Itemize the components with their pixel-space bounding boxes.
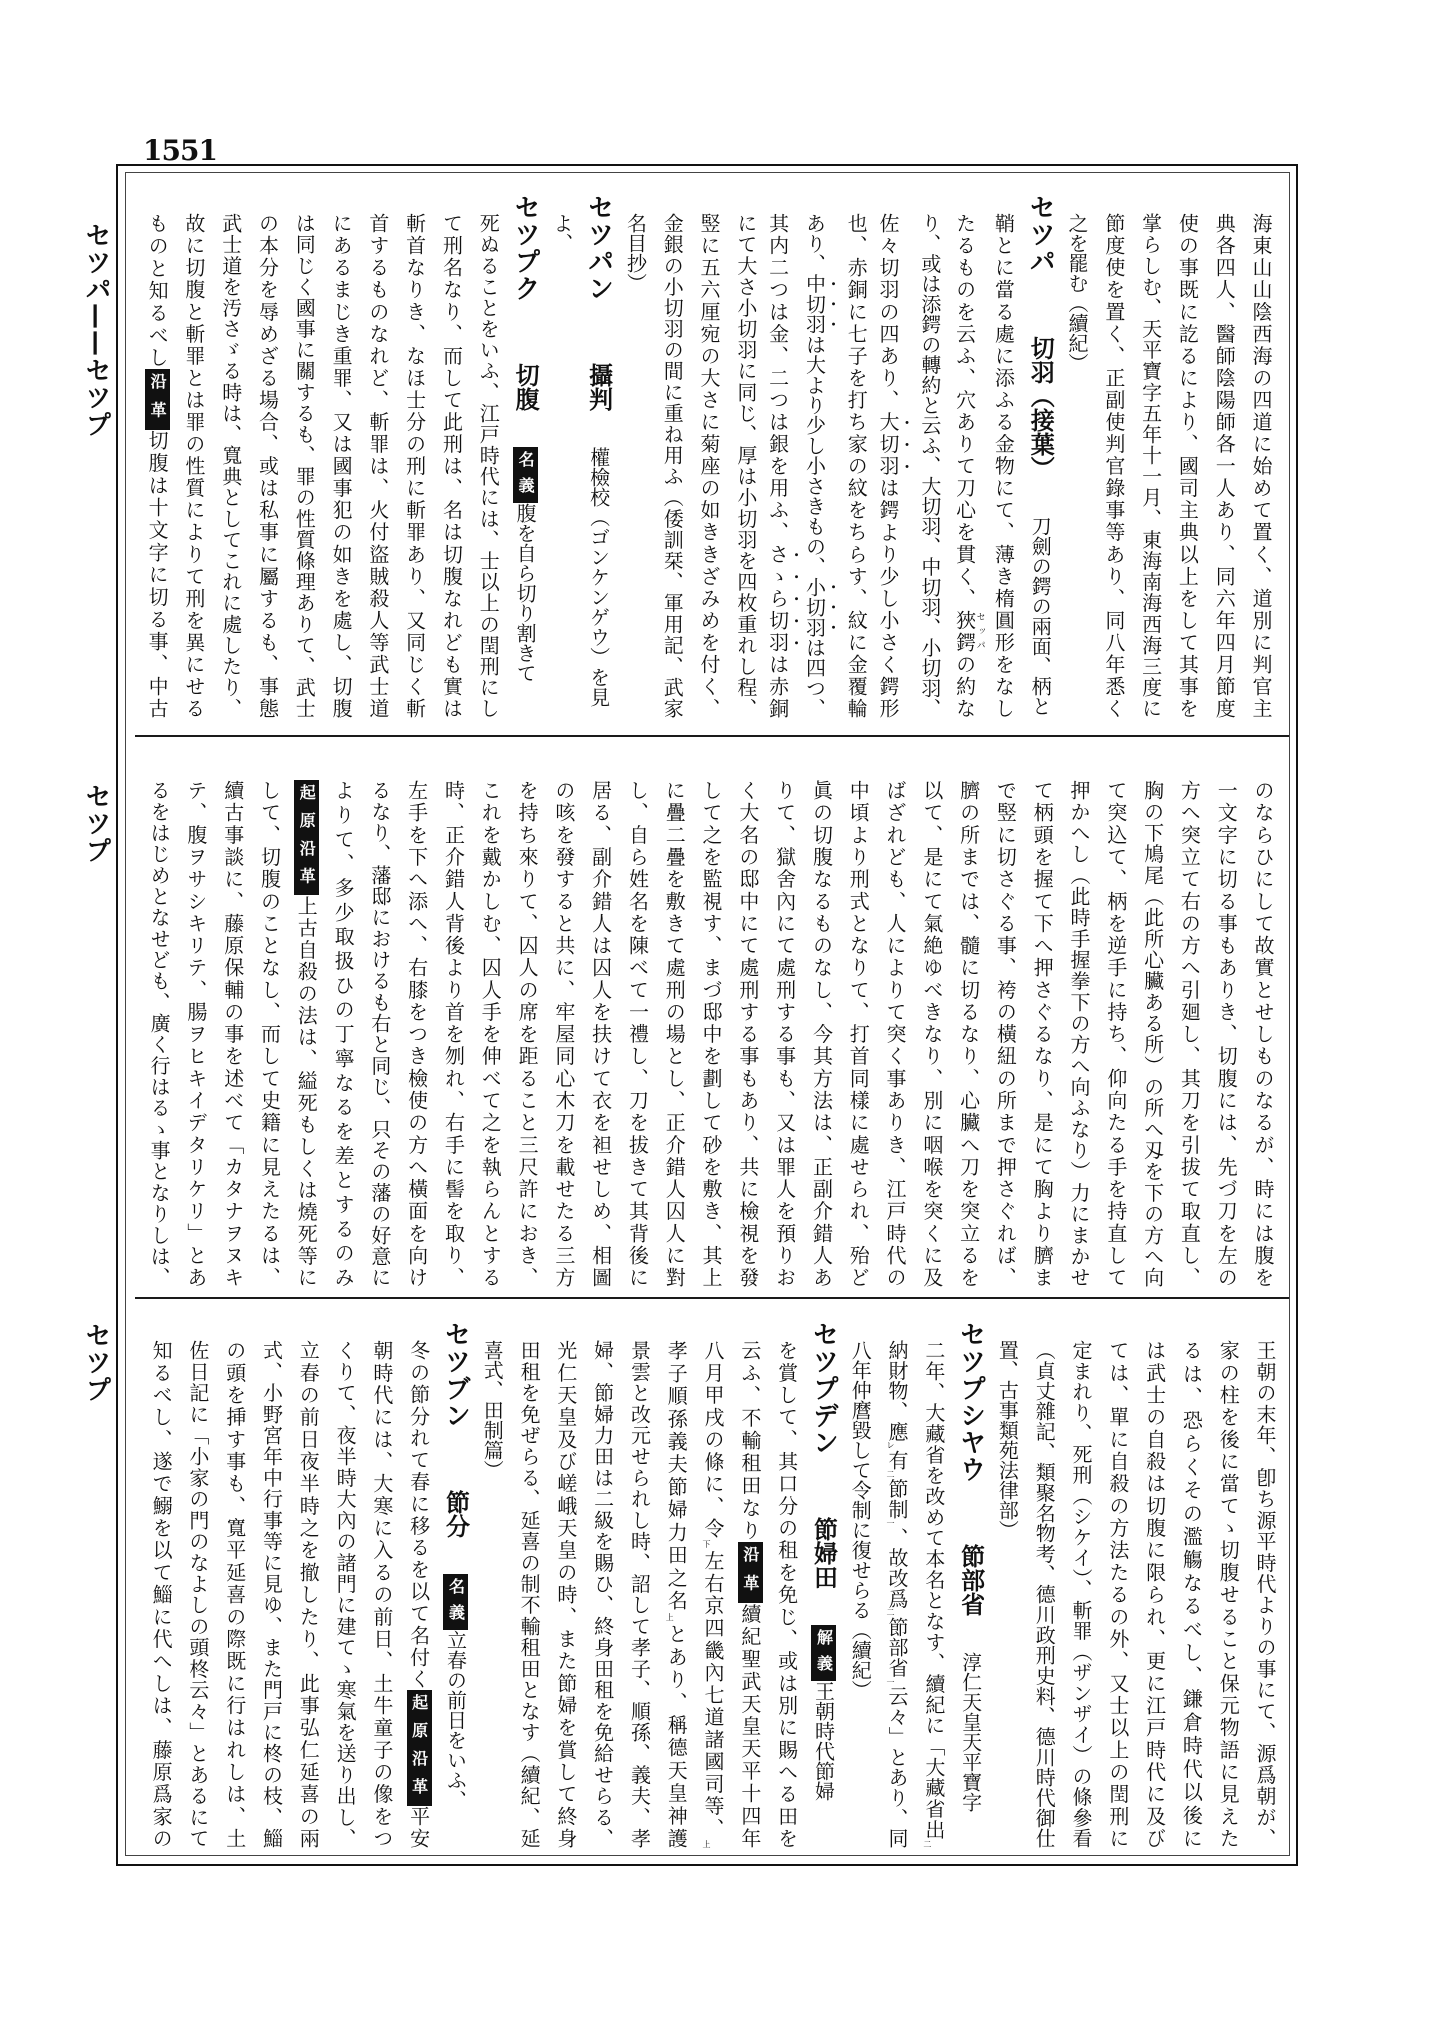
text-column: を持ち來りて、囚人の席を距ること三尺許におき、 [508,780,545,1287]
text-column: 中頃より刑式となりて、打首同樣に處せられ、殆ど [839,780,876,1287]
text-column: 鞘とに當る處に添ふる金物にて、薄き楕圓形をなし [985,213,1022,718]
text-column: ものと知るべし沿革切腹は十文字に切る事、中古 [138,213,175,718]
entry-term: 節分 [441,1490,470,1538]
text-segment: たるものを云ふ、穴ありて刀心を貫く、 [953,213,977,610]
text-segment: 、故改爲 [885,1527,909,1608]
emphasis-dots: 大切羽 [876,411,900,477]
text-column: 斬首なりき、なほ士分の刑に斬罪あり、又同じく斬 [396,213,433,718]
text-column: 左手を下へ添へ、右膝をつき檢使の方へ橫面を向け [398,780,435,1287]
emphasis-dots: さゝら切羽 [766,544,790,654]
text-column: 故に切腹と斬罪とは罪の性質によりて刑を異にせる [175,213,212,718]
text-column: 八月甲戌の條に、令下左右京四畿內七道諸國司等、上 [694,1340,731,1848]
entry-headword: セツパン [584,194,614,302]
text-column: 知るべし、遂で鰯を以て鯔に代へしは、藤原爲家の [142,1340,179,1848]
text-column: 一文字に切る事もありき、切腹には、先づ刀を左の [1207,780,1244,1287]
entry-band-middle: のならひにして故實とせしものなるが、時には腹を 一文字に切る事もありき、切腹には… [140,780,1281,1287]
text-column: の咳を發すると共に、牢屋同心木刀を載せたる三方 [545,780,582,1287]
text-column: 典各四人、醫師陰陽師各一人あり、同六年四月節度 [1205,213,1242,718]
text-column: 海東山山陰西海の四道に始めて置く、道別に判官主 [1242,213,1279,718]
text-column: 竪に五六厘宛の大さに菊座の如ききざみめを付く、 [690,213,727,718]
text-column: り、或は添鍔の轉約と云ふ、大切羽、中切羽、小切羽、 [911,213,948,718]
text-column: 家の柱を後に當てゝ切腹せること保元物語に見えた [1209,1340,1246,1848]
entry-heading-column: セツプク切腹名義腹を自ら切り割きて [506,194,543,718]
text-column: し、自ら姓名を陳べて一禮し、刀を拔きて其背後に [619,780,656,1287]
text-segment: 佐々切羽の四あり、 [876,213,900,411]
text-segment: 納財物、應 [885,1340,909,1441]
text-segment: とあり、稱德天皇神護 [664,1623,688,1848]
entry-heading-column: セツパ切羽（接葉）刀劍の鍔の兩面、柄と [1021,194,1058,718]
text-column: 以て、是にて氣絶ゆべきなり、別に咽喉を突くに及 [913,780,950,1287]
section-label-badge: 沿革 [738,1542,763,1603]
kaeriten-mark: レ [886,1441,895,1449]
kaeriten-mark: 下 [702,1540,711,1550]
text-column: して、切腹のことなし、而して史籍に見えたるは、 [251,780,288,1287]
entry-text: 腹を自ら切り割きて [513,503,537,683]
entry-term: 節部省 [957,1544,986,1616]
text-column: 眞の切腹なるものなし、今其方法は、正副介錯人あ [803,780,840,1287]
text-segment: 云々」とあり、同 [885,1686,909,1848]
text-column: 之を罷む（續紀） [1058,213,1095,718]
text-column: りて、獄舍內にて處刑する事も、又は罪人を預りお [766,780,803,1287]
text-column: て突込て、柄を逆手に持ち、仰向たる手を持直して [1097,780,1134,1287]
entry-band-top: 海東山山陰西海の四道に始めて置く、道別に判官主 典各四人、醫師陰陽師各一人あり、… [138,213,1279,718]
running-head-label: セツプ [80,783,112,864]
entry-term: 切羽（接葉） [1026,336,1055,480]
entry-heading-column: セツプシヤウ節部省淳仁天皇天平寶字 [952,1321,989,1848]
text-column: くりて、夜半時大內の諸門に建てゝ寒氣を送り出し、 [326,1340,363,1848]
text-column: 云ふ、不輸租田なり沿革續紀聖武天皇天平十四年 [731,1340,768,1848]
text-segment: あり、 [802,213,826,274]
text-column: 佐日記に「小家の門のなよしの頭柊云々」とあるにて [179,1340,216,1848]
text-column: 起原沿革上古自殺の法は、縊死もしくは燒死等に [287,780,324,1287]
running-head-label: セツパ——セツプ [80,222,112,438]
text-column: 喜式、田制篇） [473,1340,510,1848]
text-column: の本分を辱めざる場合、或は私事に屬するも、事態 [249,213,286,718]
text-column: 佐々切羽の四あり、大切羽は鍔より少し小さく鍔形 [874,213,911,718]
text-segment: 冬の節分れて春に移るを以て名付く [407,1340,431,1690]
text-segment: は赤銅 [766,654,790,718]
text-segment: 上古自殺の法は、縊死もしくは燒死等に [294,895,318,1287]
ruby-base: 狹鍔 [953,610,977,654]
text-column: 時、正介錯人背後より首を刎れ、右手に髻を取り、 [435,780,472,1287]
entry-text: 淳仁天皇天平寶字 [959,1652,983,1812]
entry-term: 節婦田 [809,1517,838,1589]
text-column: 王朝の末年、卽ち源平時代よりの事にて、源爲朝が、 [1246,1340,1283,1848]
text-column: たるものを云ふ、穴ありて刀心を貫く、狹鍔セッパの約な [948,213,985,718]
text-column: 死ぬることをいふ、江戸時代には、士以上の閏刑にし [469,213,506,718]
ruby-reading: セッパ [975,610,985,652]
text-segment: の約な [953,654,977,718]
entry-headword: セツブン [440,1321,470,1429]
text-column: テ、腹ヲサシキリテ、腸ヲヒキイデタリケリ」とあ [177,780,214,1287]
text-column: の頭を挿す事も、寬平延喜の際既に行はれしは、土 [216,1340,253,1848]
text-column: 立春の前日夜半時之を撤したり、此事弘仁延喜の兩 [289,1340,326,1848]
kaeriten-mark: 二 [923,1840,932,1848]
text-column: 首するものなれど、斬罪は、火付盜賊殺人等武士道 [359,213,396,718]
text-segment: 孝子順孫義夫節婦力田之名 [664,1340,688,1613]
text-column: は武士の自殺は切腹に限られ、更に江戸時代に及び [1136,1340,1173,1848]
emphasis-dots: 中切羽 [802,274,826,335]
text-column: （貞丈雜記、類聚名物考、德川政刑史料、德川時代御仕 [1025,1340,1062,1848]
text-column: 金銀の小切羽の間に重ね用ふ（倭訓栞、軍用記、武家 [653,213,690,718]
text-segment: 左右京四畿內七道諸國司等、 [701,1551,725,1840]
text-column: 掌らしむ、天平寶字五年十一月、東海南海西海三度に [1132,213,1169,718]
text-column: く大名の邸中にて處刑する事もあり、共に檢視を發 [729,780,766,1287]
text-segment: 平安 [407,1806,431,1848]
entry-heading-column: セツパン攝判權檢校（ゴンケンゲウ）を見 [580,194,617,718]
section-label-badge: 解義 [811,1625,836,1681]
text-column: 八年仲麿毀して令制に復せらる（續紀） [841,1340,878,1848]
text-column: よりて、多少取扱ひの丁寧なるを差とするのみ [324,780,361,1287]
text-column: 方へ突立て右の方へ引廻し、其刀を引拔て取直し、 [1171,780,1208,1287]
kaeriten-mark: 二 [886,1608,895,1616]
text-column: 使の事既に訖るにより、國司主典以上をして其事を [1169,213,1206,718]
text-segment: は大より少し小さきもの、 [802,334,826,577]
text-segment: 節制 [885,1478,909,1519]
text-segment: 有 [885,1450,909,1470]
text-column: あり、中切羽は大より少し小さきもの、小切羽は四つ、 [801,213,838,718]
text-column: 押かへし（此時手握拳下の方へ向ふなり）力にまかせ [1060,780,1097,1287]
text-segment: 節部省 [885,1617,909,1678]
text-column: て柄頭を握て下へ押さぐるなり、是にて胸より臍ま [1023,780,1060,1287]
entry-heading-column: セツプデン節婦田解義王朝時代節婦 [805,1321,842,1848]
text-column: 名目抄） [617,213,654,718]
text-column: で竪に切さぐる事、袴の橫紐の所まで押さぐれば、 [987,780,1024,1287]
text-column: 田租を免ぜらる、延喜の制不輸租田となす（續紀、延 [510,1340,547,1848]
page-number: 1551 [143,136,217,166]
text-column: 置、古事類苑法律部） [989,1340,1026,1848]
entry-text: 王朝時代節婦 [811,1681,835,1801]
text-column: るをはじめとなせども、廣く行はるゝ事となりしは、 [140,780,177,1287]
text-column: を賞して、其口分の租を免じ、或は別に賜へる田を [768,1340,805,1848]
section-label-badge: 名義 [513,447,538,503]
text-column: 婦、節婦力田は二級を賜ひ、終身田租を免給せらる、 [584,1340,621,1848]
kaeriten-mark: 上 [702,1840,711,1848]
text-column: にあるまじき重罪、又は國事犯の如きを處し、切腹 [322,213,359,718]
text-column: 景雲と改元せられし時、詔して孝子、順孫、義夫、孝 [621,1340,658,1848]
text-column: るは、恐らくその濫觴なるべし、鎌倉時代以後に [1173,1340,1210,1848]
text-column: 定まれり、死刑（シケイ）、斬罪（ザンザイ）の條參看 [1062,1340,1099,1848]
kaeriten-mark: 上 [665,1613,674,1624]
section-label-badge: 名義 [443,1574,468,1630]
text-segment: 二年、大藏省を改めて本名となす、續紀に「大藏省出 [922,1340,946,1840]
text-column: 胸の下鳩尾（此所心臟ある所）の所へ刄を下の方へ向 [1134,780,1171,1287]
entry-headword: セツプシヤウ [956,1321,986,1483]
entry-heading-column: セツブン節分名義立春の前日をいふ、 [437,1321,474,1848]
entry-term: 切腹 [511,363,540,411]
text-segment: 云ふ、不輸租田なり [738,1340,762,1542]
entry-term: 攝判 [585,363,614,411]
text-segment: ものと知るべし [145,213,169,369]
text-column: 孝子順孫義夫節婦力田之名上とあり、稱德天皇神護 [657,1340,694,1848]
text-column: て刑名なり、而して此刑は、名は切腹なれども實は [433,213,470,718]
text-column: 冬の節分れて春に移るを以て名付く起原沿革平安 [400,1340,437,1848]
text-segment: 其内二つは金、二つは銀を用ふ、 [766,213,790,544]
kaeriten-mark: 一 [886,1519,895,1527]
text-column: 續古事談に、藤原保輔の事を述べて「カタナヲヌキ [214,780,251,1287]
text-column: 節度使を置く、正副使判官錄事等あり、同八年悉く [1095,213,1132,718]
text-column: よ、 [543,213,580,718]
text-column: して之を監視す、まづ邸中を劃して砂を敷き、其上 [692,780,729,1287]
text-column: 臍の所までは、髓に切るなり、心臟へ刀を突立るを [950,780,987,1287]
entry-headword: セツプク [510,194,540,302]
text-column: 武士道を汚さゞる時は、寬典としてこれに處したり、 [212,213,249,718]
text-column: 朝時代には、大寒に入るの前日、土牛童子の像をつ [363,1340,400,1848]
text-column: のならひにして故實とせしものなるが、時には腹を [1244,780,1281,1287]
text-column: ては、單に自殺の方法たるの外、又士以上の閏刑に [1099,1340,1136,1848]
text-column: るなり、藩邸におけるも右と同じ、只その藩の好意に [361,780,398,1287]
entry-headword: セツプデン [808,1321,838,1456]
text-column: 光仁天皇及び嵯峨天皇の時、また節婦を賞して終身 [547,1340,584,1848]
section-label-badge: 沿革 [145,369,170,430]
text-segment: は四つ、 [802,637,826,718]
text-segment: 續紀聖武天皇天平十四年 [738,1603,762,1848]
section-label-badge: 起原沿革 [294,780,319,895]
entry-headword: セツパ [1025,194,1055,275]
band-divider [135,1297,1289,1299]
text-column: 居る、副介錯人は囚人を扶けて衣を袒せしめ、相圖 [582,780,619,1287]
ruby-annotation: 狹鍔セッパ [953,610,977,654]
text-segment: 八月甲戌の條に、令 [701,1340,725,1540]
text-column: これを戴かしむ、囚人手を伸べて之を執らんとする [471,780,508,1287]
text-column: ばざれども、人によりて突く事ありき、江戸時代の [876,780,913,1287]
text-segment: 切腹は十文字に切る事、中古 [145,430,169,718]
text-column: 式、小野宮年中行事等に見ゆ、また門戸に柊の枝、鯔 [253,1340,290,1848]
text-column: に疊二疊を敷きて處刑の場とし、正介錯人囚人に對 [655,780,692,1287]
entry-band-bottom: 王朝の末年、卽ち源平時代よりの事にて、源爲朝が、 家の柱を後に當てゝ切腹せること… [142,1340,1283,1848]
text-column: 納財物、應レ有二節制一、故改爲二節部省一云々」とあり、同 [878,1340,915,1848]
text-segment: は鍔より少し小さく鍔形 [876,478,900,718]
band-divider [135,735,1289,737]
emphasis-dots: 小切羽 [802,577,826,638]
section-label-badge: 起原沿革 [407,1690,432,1806]
entry-text: 立春の前日をいふ、 [443,1630,467,1810]
text-column: は同じく國事に關するも、罪の性質條理ありて、武士 [285,213,322,718]
text-column: 二年、大藏省を改めて本名となす、續紀に「大藏省出二 [915,1340,952,1848]
entry-text: 權檢校（ゴンケンゲウ）を見 [587,447,611,707]
entry-text: 刀劍の鍔の兩面、柄と [1028,516,1052,716]
kaeriten-mark: 一 [886,1678,895,1686]
kaeriten-mark: 二 [886,1470,895,1478]
running-head-label: セツプ [80,1322,112,1403]
